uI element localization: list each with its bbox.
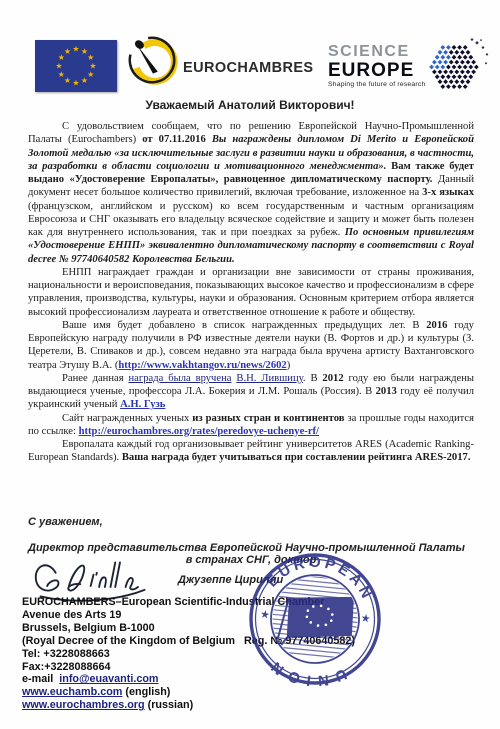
text-run: 2013 [376,386,397,397]
footer-text: Fax:+3228088664 [22,661,111,673]
text-run: 3-х языках [422,187,474,198]
hyperlink[interactable]: http://www.vakhtangov.ru/news/2602 [118,360,286,371]
footer-line: Fax:+3228088664 [22,661,482,674]
footer-contact-block: EUROCHAMBERS–European Scientific-Industr… [22,596,482,712]
paragraph: С удовольствием сообщаем, что по решению… [28,120,474,266]
science-text: SCIENCE [328,44,425,60]
footer-text: Tel: +3228088663 [22,648,110,660]
footer-line: (Royal Decree of the Kingdom of Belgium … [22,635,482,648]
text-run: Сайт награжденных ученых [62,413,192,424]
text-run: Ваша награда будет учитываться при соста… [122,452,471,463]
paragraph: ЕНПП награждает граждан и организации вн… [28,266,474,319]
svg-text:★: ★ [64,47,71,56]
signature-block: Джузеппе Цирилли [28,552,474,602]
footer-text: (Royal Decree of the Kingdom of Belgium … [22,635,355,647]
text-run: В.Н. Лившицу [236,373,303,384]
footer-text: Avenue des Arts 19 [22,609,121,621]
eu-flag-logo: ★★★★★★★★★★★★ [35,40,117,92]
footer-link[interactable]: www.euchamb.com [22,686,122,698]
footer-link[interactable]: www.eurochambres.org [22,699,145,711]
science-europe-tagline: Shaping the future of research [328,82,425,89]
footer-line: www.eurochambres.org (russian) [22,699,482,712]
footer-line: Brussels, Belgium B-1000 [22,622,482,635]
text-run: Ранее данная [62,373,128,384]
paragraph: Сайт награжденных ученых из разных стран… [28,412,474,439]
footer-text: (russian) [145,699,194,711]
paragraph: Ваше имя будет добавлено в список награж… [28,319,474,372]
text-run: . В [303,373,323,384]
paragraph: Европалата каждый год организовывает рей… [28,438,474,465]
footer-link[interactable]: info@euavanti.com [59,673,158,685]
europe-text: EUROPE [328,61,425,80]
footer-text: (english) [122,686,170,698]
letter-page: ★★★★★★★★★★★★ EUROCHAMBRES SCIENCE EUROPE… [0,0,500,729]
footer-line: Avenue des Arts 19 [22,609,482,622]
hyperlink[interactable]: http://eurochambres.org/rates/peredovye-… [79,426,319,437]
footer-line: EUROCHAMBERS–European Scientific-Industr… [22,596,482,609]
text-run: Ваше имя будет добавлено в список награж… [62,320,426,331]
eurochambres-wordmark: EUROCHAMBRES [183,60,313,76]
paragraph: Ранее данная награда была вручена В.Н. Л… [28,372,474,412]
svg-text:★: ★ [81,76,88,85]
science-europe-wordmark: SCIENCE EUROPE Shaping the future of res… [328,44,425,89]
text-run: награда была вручена [128,373,231,384]
footer-line: www.euchamb.com (english) [22,686,482,699]
footer-text: EUROCHAMBERS–European Scientific-Industr… [22,596,324,608]
svg-text:★: ★ [58,70,65,79]
text-run: ЕНПП награждает граждан и организации вн… [28,267,474,318]
regards-line: С уважением, [28,516,474,528]
text-run: 2012 [322,373,343,384]
signatory-name: Джузеппе Цирилли [178,574,283,586]
science-europe-logo: SCIENCE EUROPE Shaping the future of res… [328,36,491,96]
svg-text:★: ★ [72,79,79,88]
footer-line: e-mail info@euavanti.com [22,673,482,686]
eurochambres-swoosh-icon [123,32,181,90]
svg-text:★: ★ [55,62,62,71]
science-europe-sphere-icon [425,36,491,96]
text-run: ) [287,360,291,371]
footer-text: e-mail [22,673,59,685]
hyperlink[interactable]: А.Н. Гузь [120,399,165,410]
letterhead: ★★★★★★★★★★★★ EUROCHAMBRES SCIENCE EUROPE… [0,36,500,96]
text-run: от 07.11.2016 [142,134,212,145]
footer-line: Tel: +3228088663 [22,648,482,661]
footer-text: Brussels, Belgium B-1000 [22,622,155,634]
svg-text:★: ★ [64,76,71,85]
letter-body: С удовольствием сообщаем, что по решению… [28,120,474,465]
svg-text:★: ★ [72,45,79,54]
greeting-line: Уважаемый Анатолий Викторович! [0,98,500,112]
eurochambres-logo: EUROCHAMBRES [123,32,313,90]
text-run: 2016 [426,320,447,331]
eu-flag-stars: ★★★★★★★★★★★★ [35,40,117,92]
text-run: из разных стран и континентов [192,413,344,424]
svg-text:★: ★ [87,70,94,79]
